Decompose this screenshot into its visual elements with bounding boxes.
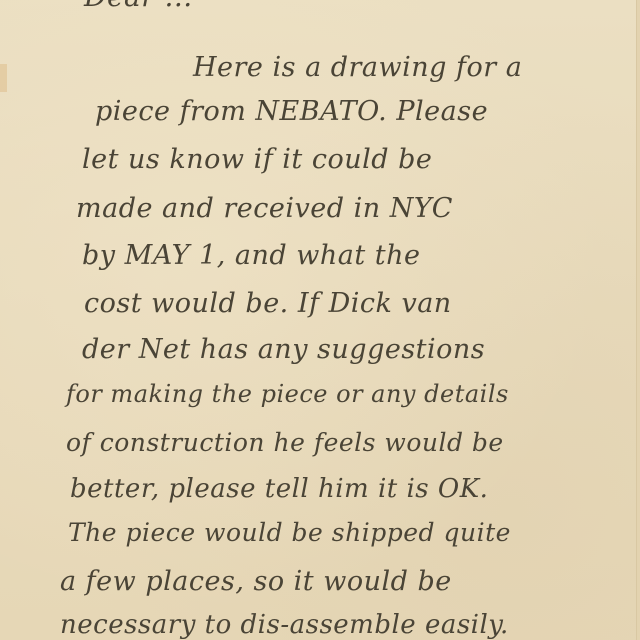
paper-stain (0, 64, 7, 92)
letter-line-6: cost would be. If Dick van (84, 288, 452, 319)
letter-line-8: for making the piece or any details (66, 380, 509, 408)
salutation-clipped: Dear ... (84, 0, 193, 13)
letter-line-11: The piece would be shipped quite (68, 518, 511, 547)
letter-line-4: made and received in NYC (76, 193, 453, 224)
letter-line-7: der Net has any suggestions (82, 334, 485, 365)
letter-paper: Dear ... Here is a drawing for a piece f… (0, 0, 640, 640)
letter-line-5: by MAY 1, and what the (82, 240, 421, 271)
letter-line-2: piece from NEBATO. Please (95, 96, 488, 127)
letter-line-9: of construction he feels would be (66, 428, 504, 457)
letter-line-13: necessary to dis-assemble easily. (60, 610, 509, 640)
letter-line-3: let us know if it could be (82, 144, 432, 175)
paper-edge (636, 0, 640, 640)
letter-line-1: Here is a drawing for a (193, 52, 522, 83)
letter-line-10: better, please tell him it is OK. (70, 474, 488, 504)
letter-line-12: a few places, so it would be (60, 566, 452, 597)
